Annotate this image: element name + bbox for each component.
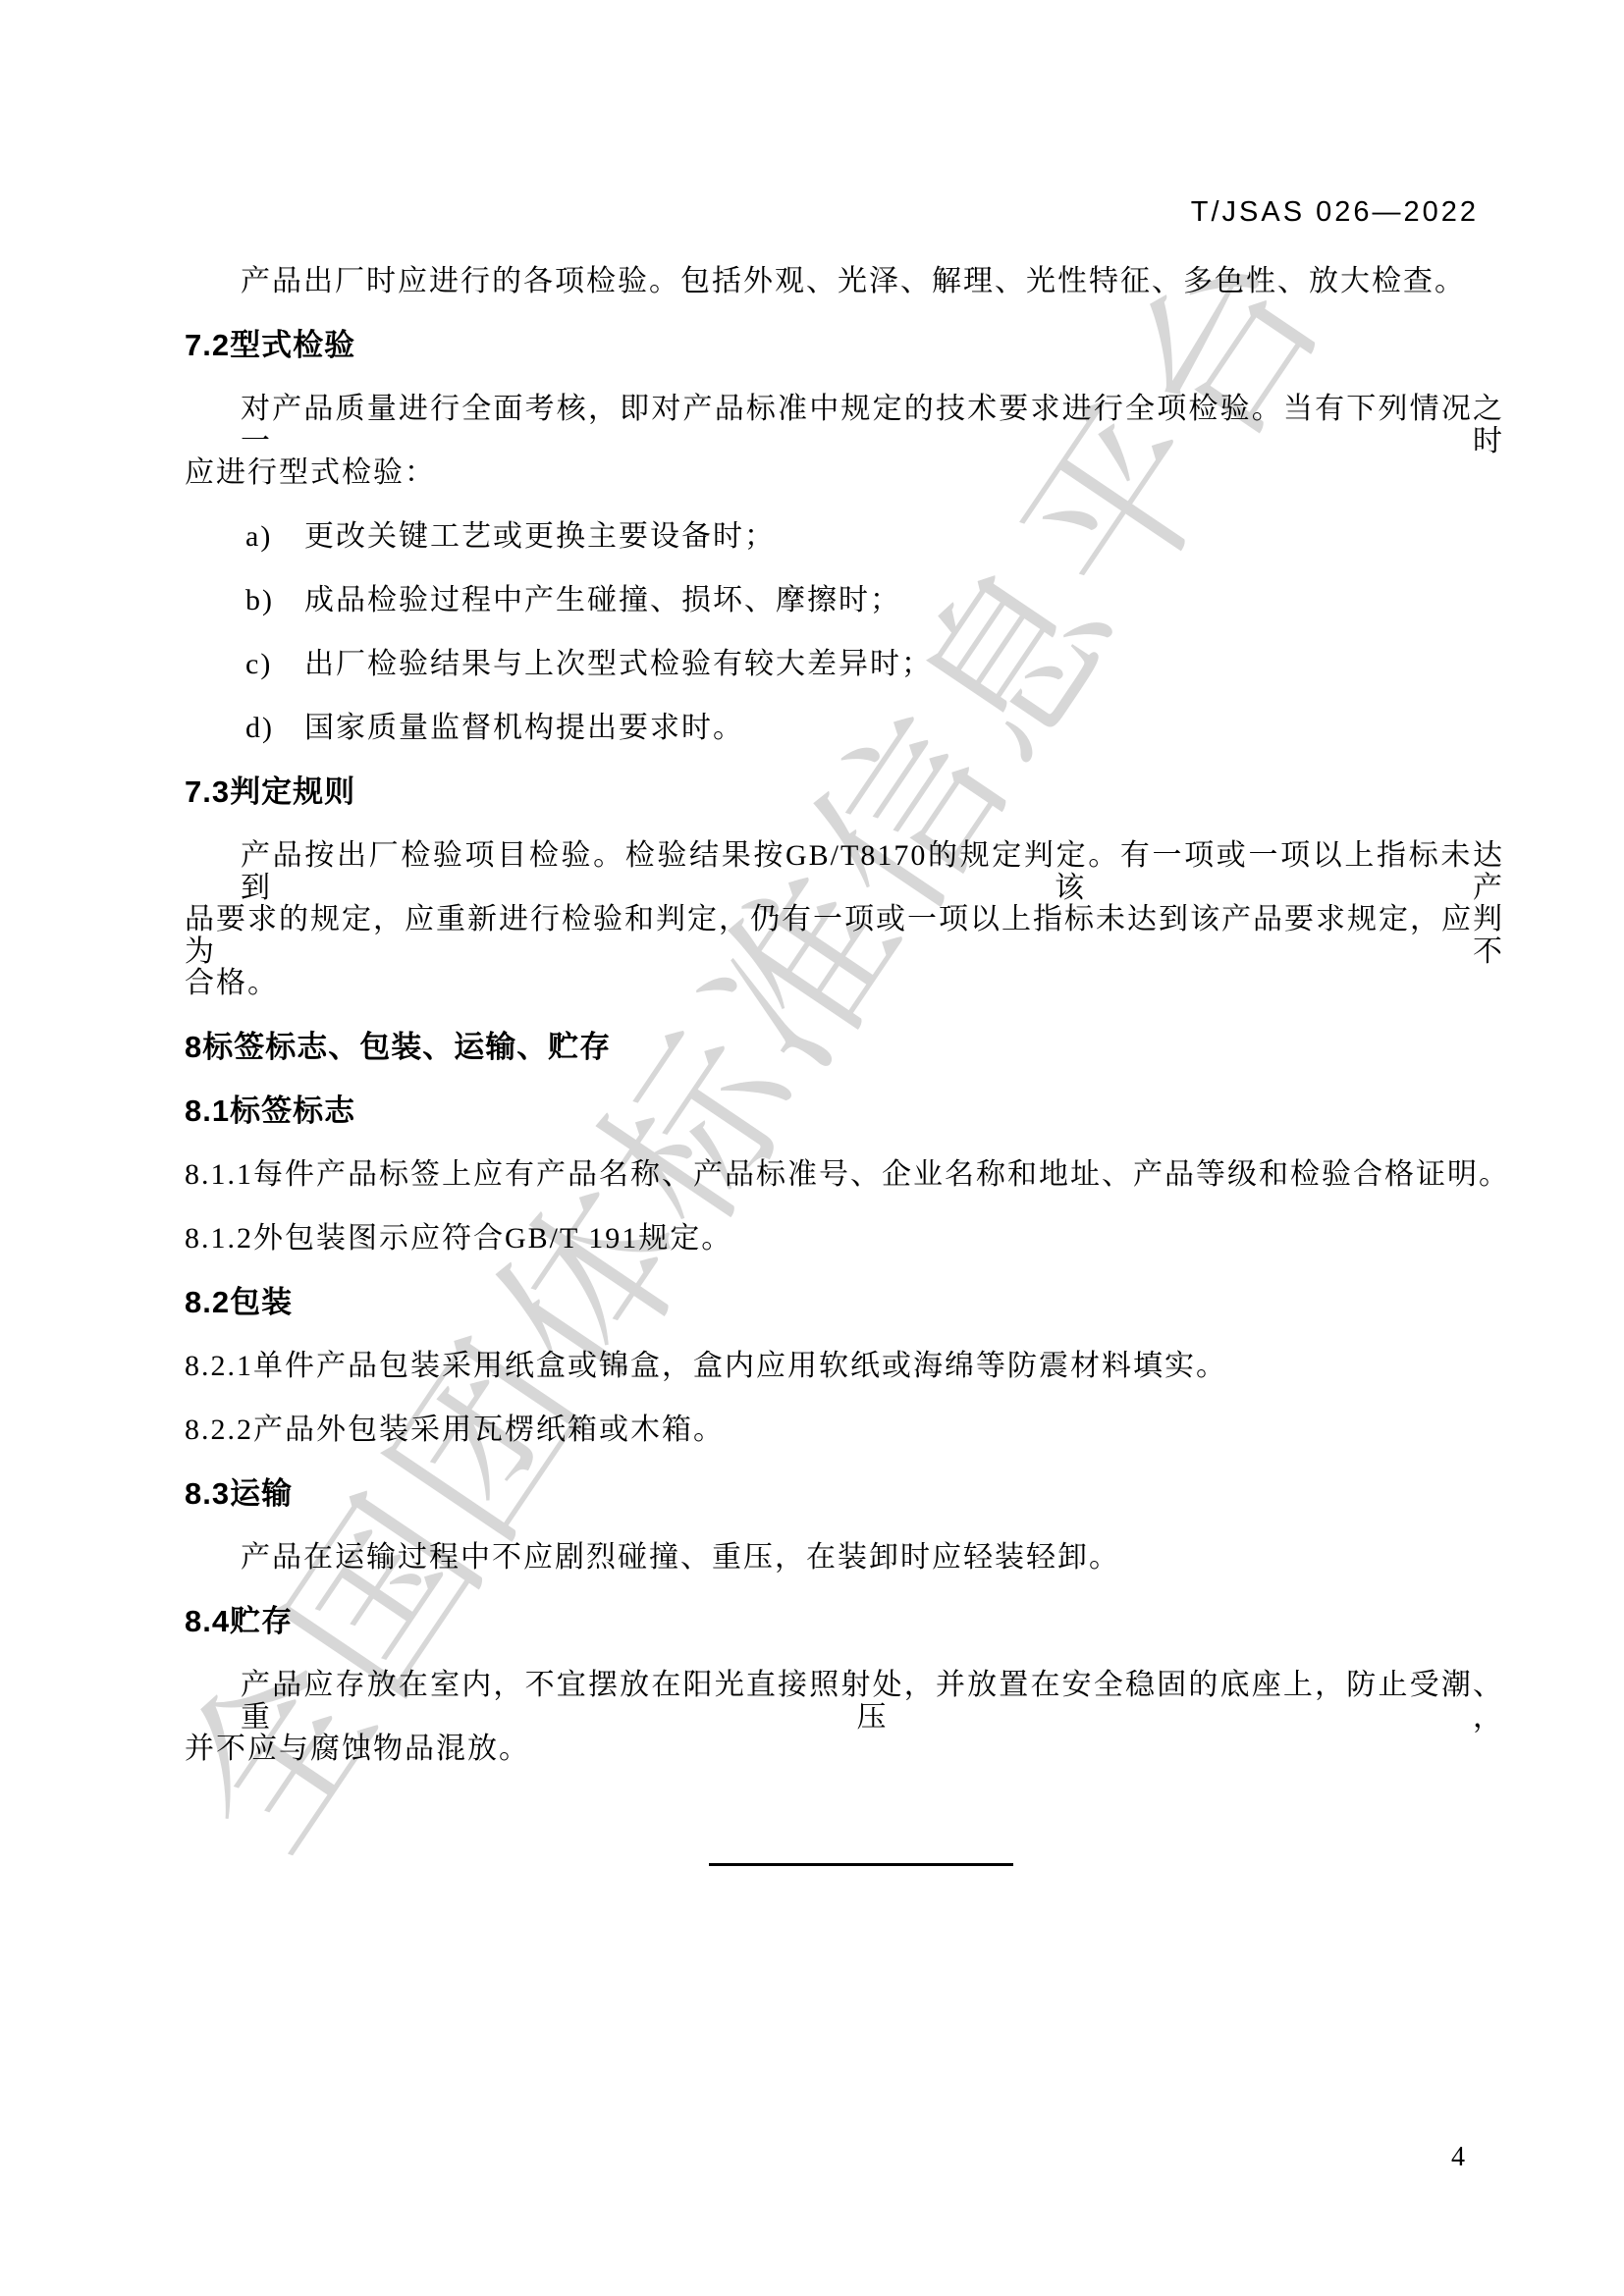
list-item-b-text: 成品检验过程中产生碰撞、损坏、摩擦时； (304, 584, 901, 616)
section-8-4-heading: 8.4贮存 (185, 1605, 1504, 1637)
list-item-a: a) 更改关键工艺或更换主要设备时； (185, 520, 1504, 553)
clause-8-1-1: 8.1.1每件产品标签上应有产品名称、产品标准号、企业名称和地址、产品等级和检验… (185, 1158, 1504, 1191)
section-8-3-heading: 8.3运输 (185, 1477, 1504, 1510)
end-of-text-rule (709, 1863, 1013, 1866)
section-8-3-paragraph: 产品在运输过程中不应剧烈碰撞、重压，在装卸时应轻装轻卸。 (185, 1541, 1504, 1574)
section-8-4-paragraph-line-2: 并不应与腐蚀物品混放。 (185, 1733, 1504, 1765)
section-8-1-heading: 8.1标签标志 (185, 1095, 1504, 1127)
section-7-2-paragraph-line-2: 应进行型式检验： (185, 456, 1504, 489)
section-8-heading: 8标签标志、包装、运输、贮存 (185, 1031, 1504, 1063)
section-7-3-paragraph-line-2: 品要求的规定，应重新进行检验和判定，仍有一项或一项以上指标未达到该产品要求规定，… (185, 903, 1504, 935)
list-item-d-text: 国家质量监督机构提出要求时。 (304, 712, 744, 744)
document-content: 产品出厂时应进行的各项检验。包括外观、光泽、解理、光性特征、多色性、放大检查。 … (185, 265, 1504, 1796)
list-item-d-marker: d) (245, 712, 304, 744)
clause-8-2-1: 8.2.1单件产品包装采用纸盒或锦盒，盒内应用软纸或海绵等防震材料填实。 (185, 1350, 1504, 1382)
section-7-3-paragraph-line-3: 合格。 (185, 967, 1504, 999)
section-8-4-paragraph-line-1: 产品应存放在室内，不宜摆放在阳光直接照射处，并放置在安全稳固的底座上，防止受潮、… (185, 1669, 1504, 1701)
list-item-b-marker: b) (245, 584, 304, 616)
document-page: 全国团体标准信息平台 T/JSAS 026—2022 产品出厂时应进行的各项检验… (0, 0, 1624, 2296)
list-item-d: d) 国家质量监督机构提出要求时。 (185, 712, 1504, 744)
intro-paragraph-line: 产品出厂时应进行的各项检验。包括外观、光泽、解理、光性特征、多色性、放大检查。 (185, 265, 1504, 297)
list-item-a-marker: a) (245, 520, 304, 553)
list-item-c-marker: c) (245, 648, 304, 680)
section-7-3-heading: 7.3判定规则 (185, 775, 1504, 808)
section-7-2-paragraph-line-1: 对产品质量进行全面考核，即对产品标准中规定的技术要求进行全项检验。当有下列情况之… (185, 393, 1504, 425)
section-7-2-heading: 7.2型式检验 (185, 329, 1504, 361)
list-item-c: c) 出厂检验结果与上次型式检验有较大差异时； (185, 648, 1504, 680)
clause-8-2-2: 8.2.2产品外包装采用瓦楞纸箱或木箱。 (185, 1414, 1504, 1446)
section-8-2-heading: 8.2包装 (185, 1286, 1504, 1318)
standard-number-header: T/JSAS 026—2022 (1191, 196, 1479, 229)
page-number: 4 (1451, 2142, 1465, 2173)
list-item-a-text: 更改关键工艺或更换主要设备时； (304, 520, 776, 553)
clause-8-1-2: 8.1.2外包装图示应符合GB/T 191规定。 (185, 1222, 1504, 1255)
section-7-3-paragraph-line-1: 产品按出厂检验项目检验。检验结果按GB/T8170的规定判定。有一项或一项以上指… (185, 839, 1504, 872)
list-item-c-text: 出厂检验结果与上次型式检验有较大差异时； (304, 648, 933, 680)
list-item-b: b) 成品检验过程中产生碰撞、损坏、摩擦时； (185, 584, 1504, 616)
